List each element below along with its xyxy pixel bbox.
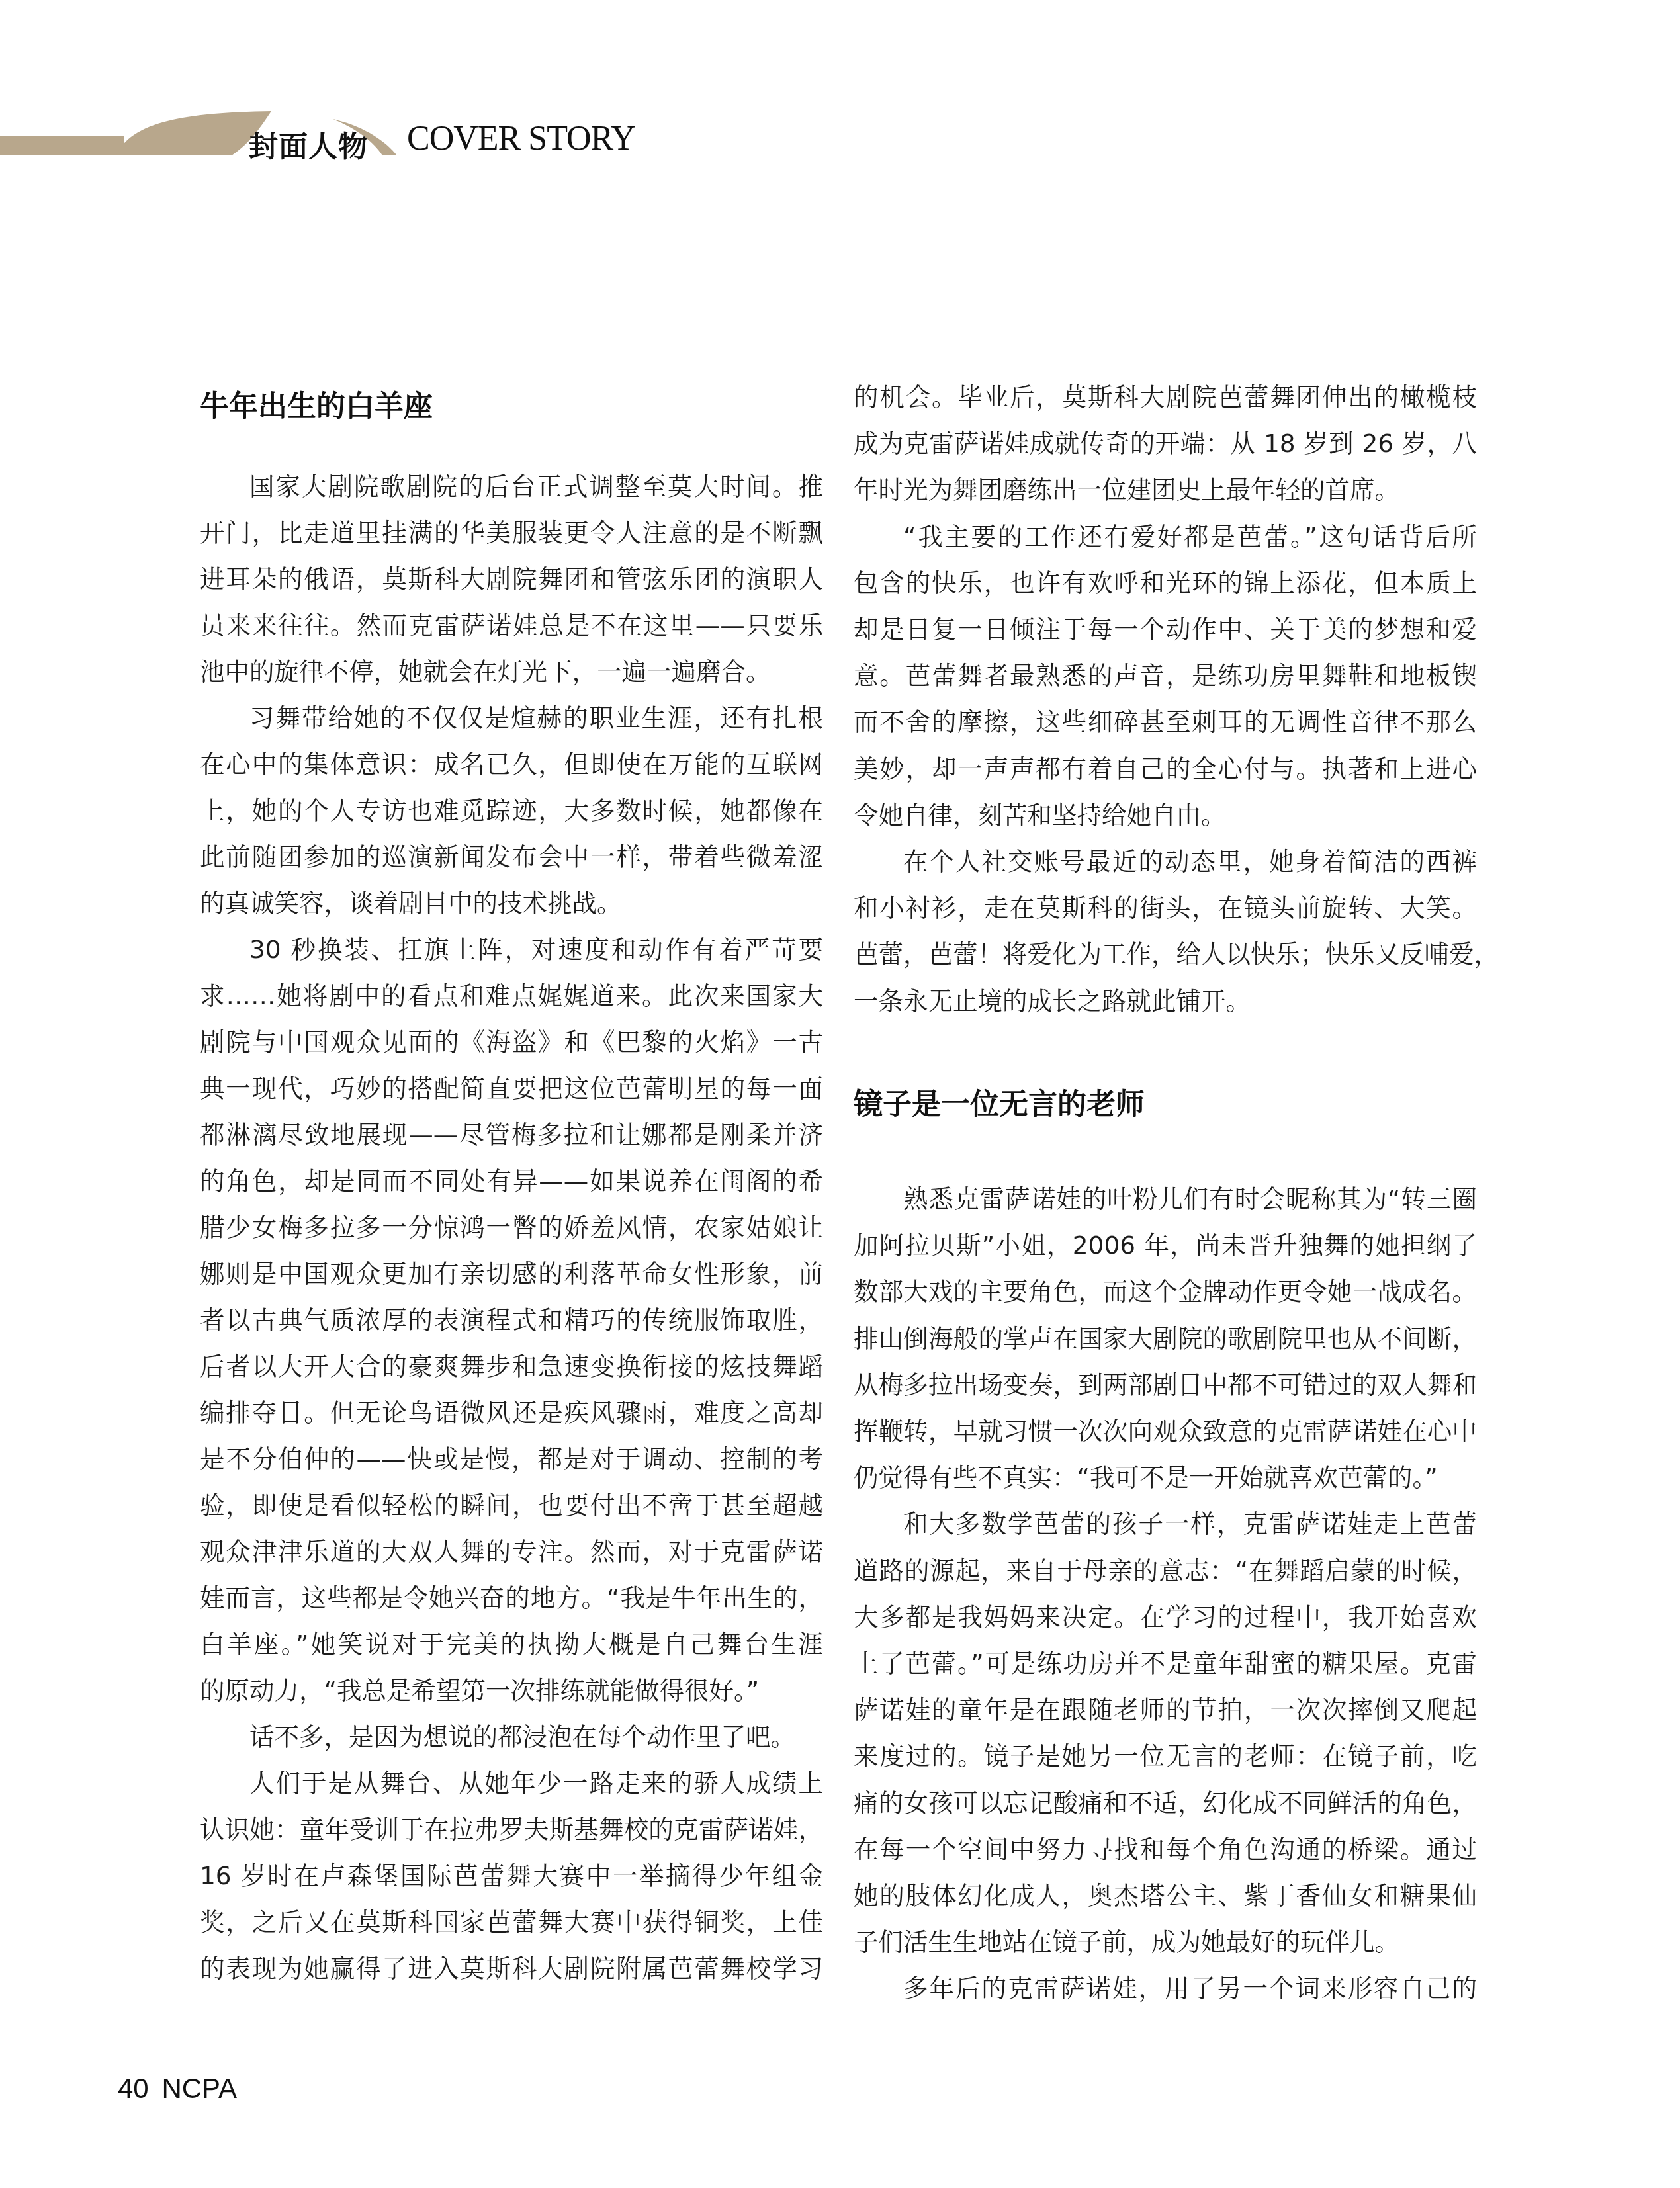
body-text-line: 芭蕾，芭蕾！将爱化为工作，给人以快乐；快乐又反哺爱， — [854, 931, 1477, 977]
body-text-line: 娃而言，这些都是令她兴奋的地方。“我是牛年出生的， — [200, 1575, 823, 1621]
body-text-line: 的表现为她赢得了进入莫斯科大剧院附属芭蕾舞校学习 — [200, 1945, 823, 1991]
body-text-line: 的机会。毕业后，莫斯科大剧院芭蕾舞团伸出的橄榄枝 — [854, 374, 1477, 420]
body-text-line: 白羊座。”她笑说对于完美的执拗大概是自己舞台生涯 — [200, 1621, 823, 1667]
body-text-line: 认识她：童年受训于在拉弗罗夫斯基舞校的克雷萨诺娃， — [200, 1806, 823, 1853]
body-text-line: 她的肢体幻化成人，奥杰塔公主、紫丁香仙女和糖果仙 — [854, 1872, 1477, 1919]
body-text-line: 在每一个空间中努力寻找和每个角色沟通的桥梁。通过 — [854, 1826, 1477, 1872]
body-text-line: 仍觉得有些不真实：“我可不是一开始就喜欢芭蕾的。” — [854, 1454, 1477, 1501]
body-text-line: 编排夺目。但无论鸟语微风还是疾风骤雨，难度之高却 — [200, 1389, 823, 1436]
body-text-line: 排山倒海般的掌声在国家大剧院的歌剧院里也从不间断， — [854, 1315, 1477, 1362]
body-text-line: 萨诺娃的童年是在跟随老师的节拍，一次次摔倒又爬起 — [854, 1686, 1477, 1733]
page-number: 40 — [118, 2073, 149, 2104]
page-folio: 40 NCPA — [118, 2073, 237, 2105]
section-heading: 镜子是一位无言的老师 — [854, 1085, 1145, 1125]
body-text-line: 奖，之后又在莫斯科国家芭蕾舞大赛中获得铜奖，上佳 — [200, 1899, 823, 1945]
body-text-line: 在个人社交账号最近的动态里，她身着简洁的西裤 — [854, 838, 1477, 885]
body-text-line: “我主要的工作还有爱好都是芭蕾。”这句话背后所 — [854, 513, 1477, 560]
body-text-line: 来度过的。镜子是她另一位无言的老师：在镜子前，吃 — [854, 1733, 1477, 1779]
body-text-line: 都淋漓尽致地展现——尽管梅多拉和让娜都是刚柔并济 — [200, 1112, 823, 1158]
body-text-line: 是不分伯仲的——快或是慢，都是对于调动、控制的考 — [200, 1436, 823, 1482]
body-text-line: 道路的源起，来自于母亲的意志：“在舞蹈启蒙的时候， — [854, 1548, 1477, 1594]
body-text-line: 痛的女孩可以忘记酸痛和不适，幻化成不同鲜活的角色， — [854, 1780, 1477, 1826]
body-text-line: 的角色，却是同而不同处有异——如果说养在闺阁的希 — [200, 1158, 823, 1204]
body-text-line: 大多都是我妈妈来决定。在学习的过程中，我开始喜欢 — [854, 1594, 1477, 1640]
body-text-line: 熟悉克雷萨诺娃的叶粉儿们有时会昵称其为“转三圈 — [854, 1176, 1477, 1222]
body-text-line: 年时光为舞团磨练出一位建团史上最年轻的首席。 — [854, 466, 1477, 513]
section-title-english: COVER STORY — [407, 119, 635, 158]
body-text-line: 开门，比走道里挂满的华美服装更令人注意的是不断飘 — [200, 509, 823, 556]
body-text-line: 国家大剧院歌剧院的后台正式调整至莫大时间。推 — [200, 463, 823, 509]
body-text-line: 包含的快乐，也许有欢呼和光环的锦上添花，但本质上 — [854, 560, 1477, 606]
body-text-line: 挥鞭转，早就习惯一次次向观众致意的克雷萨诺娃在心中 — [854, 1408, 1477, 1454]
body-text-line: 30 秒换装、扛旗上阵，对速度和动作有着严苛要 — [200, 926, 823, 973]
body-text-line: 进耳朵的俄语，莫斯科大剧院舞团和管弦乐团的演职人 — [200, 556, 823, 602]
body-text-line: 子们活生生地站在镜子前，成为她最好的玩伴儿。 — [854, 1919, 1477, 1965]
header-leaf-shape — [116, 111, 271, 155]
body-text-line: 意。芭蕾舞者最熟悉的声音，是练功房里舞鞋和地板锲 — [854, 652, 1477, 699]
body-text-line: 而不舍的摩擦，这些细碎甚至刺耳的无调性音律不那么 — [854, 699, 1477, 745]
body-text-line: 求……她将剧中的看点和难点娓娓道来。此次来国家大 — [200, 973, 823, 1019]
body-text-line: 数部大戏的主要角色，而这个金牌动作更令她一战成名。 — [854, 1268, 1477, 1315]
body-text-line: 16 岁时在卢森堡国际芭蕾舞大赛中一举摘得少年组金 — [200, 1853, 823, 1899]
body-text-line: 多年后的克雷萨诺娃，用了另一个词来形容自己的 — [854, 1965, 1477, 2011]
body-text-line: 一条永无止境的成长之路就此铺开。 — [854, 978, 1477, 1024]
body-text-line: 观众津津乐道的大双人舞的专注。然而，对于克雷萨诺 — [200, 1528, 823, 1575]
body-text-line: 习舞带给她的不仅仅是煊赫的职业生涯，还有扎根 — [200, 695, 823, 741]
header-bar-shape — [0, 136, 124, 155]
publication-name: NCPA — [161, 2073, 237, 2104]
body-text-line: 验，即使是看似轻松的瞬间，也要付出不啻于甚至超越 — [200, 1482, 823, 1528]
section-title-chinese: 封面人物 — [249, 123, 368, 165]
body-text-line: 的原动力，“我总是希望第一次排练就能做得很好。” — [200, 1667, 823, 1714]
body-text-line: 却是日复一日倾注于每一个动作中、关于美的梦想和爱 — [854, 606, 1477, 652]
body-text-line: 典一现代，巧妙的搭配简直要把这位芭蕾明星的每一面 — [200, 1065, 823, 1112]
body-text-line: 和大多数学芭蕾的孩子一样，克雷萨诺娃走上芭蕾 — [854, 1501, 1477, 1547]
body-text-line: 娜则是中国观众更加有亲切感的利落革命女性形象，前 — [200, 1250, 823, 1297]
body-text-line: 人们于是从舞台、从她年少一路走来的骄人成绩上 — [200, 1760, 823, 1806]
body-text-line: 成为克雷萨诺娃成就传奇的开端：从 18 岁到 26 岁，八 — [854, 420, 1477, 466]
body-text-line: 令她自律，刻苦和坚持给她自由。 — [854, 792, 1477, 838]
body-text-line: 此前随团参加的巡演新闻发布会中一样，带着些微羞涩 — [200, 834, 823, 880]
body-text-line: 和小衬衫，走在莫斯科的街头，在镜头前旋转、大笑。 — [854, 885, 1477, 931]
body-text-line: 后者以大开大合的豪爽舞步和急速变换衔接的炫技舞蹈 — [200, 1343, 823, 1389]
body-text-line: 加阿拉贝斯”小姐，2006 年，尚未晋升独舞的她担纲了 — [854, 1222, 1477, 1268]
body-text-line: 剧院与中国观众见面的《海盗》和《巴黎的火焰》一古 — [200, 1019, 823, 1065]
body-text-line: 池中的旋律不停，她就会在灯光下，一遍一遍磨合。 — [200, 648, 823, 695]
body-text-line: 腊少女梅多拉多一分惊鸿一瞥的娇羞风情，农家姑娘让 — [200, 1204, 823, 1250]
body-text-line: 从梅多拉出场变奏，到两部剧目中都不可错过的双人舞和 — [854, 1362, 1477, 1408]
body-text-line: 上，她的个人专访也难觅踪迹，大多数时候，她都像在 — [200, 787, 823, 834]
body-text-line: 者以古典气质浓厚的表演程式和精巧的传统服饰取胜， — [200, 1297, 823, 1343]
body-text-line: 的真诚笑容，谈着剧目中的技术挑战。 — [200, 880, 823, 926]
body-text-line: 在心中的集体意识：成名已久，但即使在万能的互联网 — [200, 741, 823, 787]
body-text-line: 话不多，是因为想说的都浸泡在每个动作里了吧。 — [200, 1714, 823, 1760]
body-text-line: 员来来往往。然而克雷萨诺娃总是不在这里——只要乐 — [200, 602, 823, 648]
body-text-line: 美妙，却一声声都有着自己的全心付与。执著和上进心 — [854, 746, 1477, 792]
body-text-line: 上了芭蕾。”可是练功房并不是童年甜蜜的糖果屋。克雷 — [854, 1640, 1477, 1686]
section-heading: 牛年出生的白羊座 — [200, 387, 433, 427]
